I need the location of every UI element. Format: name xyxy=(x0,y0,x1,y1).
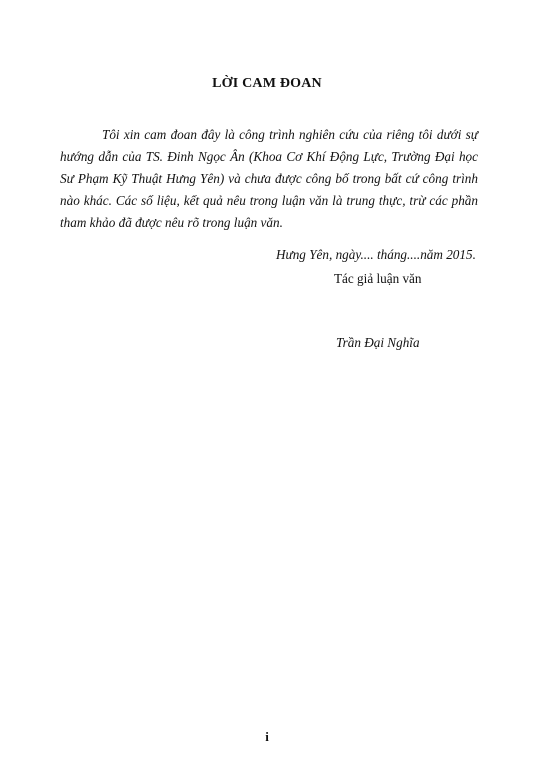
author-signature-name: Trần Đại Nghĩa xyxy=(336,335,436,351)
author-label: Tác giả luận văn xyxy=(334,271,424,287)
page-number: i xyxy=(0,729,534,745)
document-page: LỜI CAM ĐOAN Tôi xin cam đoan đây là côn… xyxy=(0,0,534,772)
place-date-line: Hưng Yên, ngày.... tháng....năm 2015. xyxy=(276,247,476,263)
declaration-paragraph: Tôi xin cam đoan đây là công trình nghiê… xyxy=(60,124,478,234)
page-title: LỜI CAM ĐOAN xyxy=(0,76,534,92)
